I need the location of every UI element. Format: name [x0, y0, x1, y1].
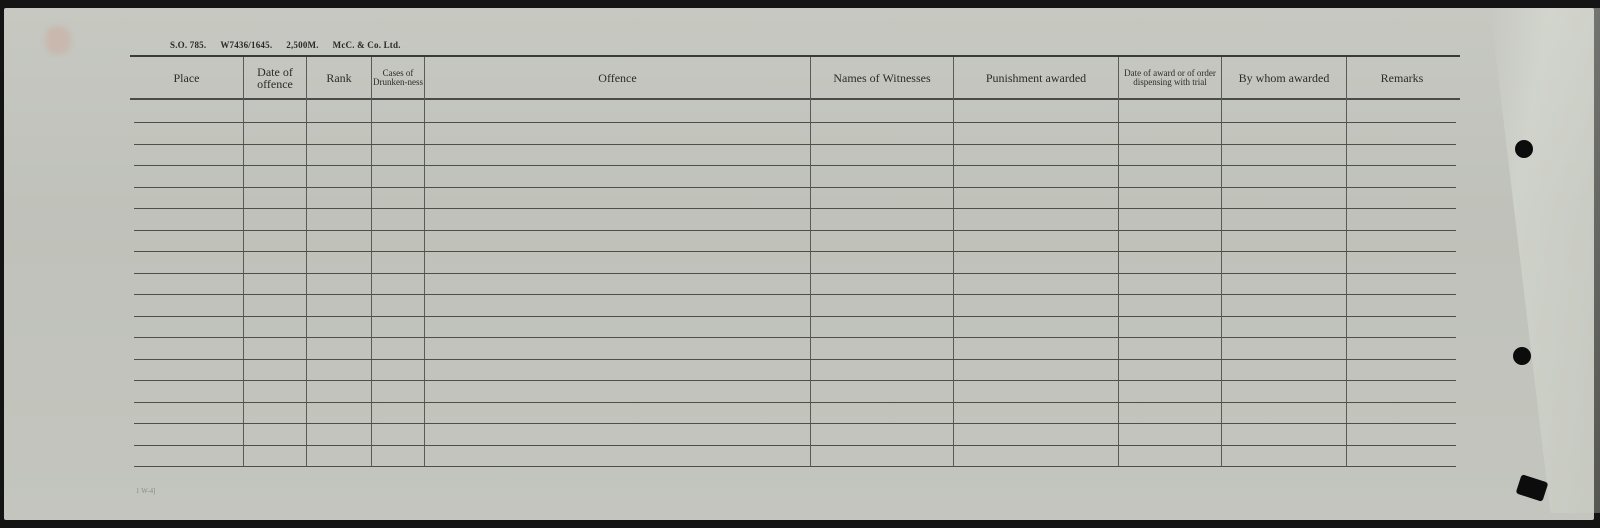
punch-hole	[1515, 140, 1533, 158]
print-code: W7436/1645.	[220, 40, 272, 50]
table-row-line	[134, 208, 1456, 209]
printer-name: McC. & Co. Ltd.	[333, 40, 401, 50]
bottom-margin-note: 1 W-4]	[136, 487, 156, 495]
header-remarks: Remarks	[1347, 60, 1457, 96]
header-rank: Rank	[307, 60, 371, 96]
paper-stain	[46, 26, 70, 54]
punch-hole	[1513, 347, 1531, 365]
header-date-of-award: Date of award or of order dispensing wit…	[1119, 60, 1221, 96]
table-row-line	[134, 423, 1456, 424]
header-place: Place	[130, 60, 243, 96]
column-divider	[1346, 57, 1347, 467]
table-row-line	[134, 359, 1456, 360]
column-divider	[810, 57, 811, 467]
header-bottom-rule	[130, 98, 1460, 100]
header-punishment-awarded: Punishment awarded	[954, 60, 1118, 96]
printer-imprint: S.O. 785. W7436/1645. 2,500M. McC. & Co.…	[170, 40, 401, 50]
header-by-whom-awarded: By whom awarded	[1222, 60, 1346, 96]
table-row-line	[134, 294, 1456, 295]
table-row-line	[134, 316, 1456, 317]
table-row-line	[134, 445, 1456, 446]
header-names-of-witnesses: Names of Witnesses	[811, 60, 953, 96]
header-cases-of-drunkenness: Cases of Drunken-ness	[372, 60, 424, 96]
header-offence: Offence	[425, 60, 810, 96]
table-row-line	[134, 187, 1456, 188]
table-row-line	[134, 273, 1456, 274]
table-row-line	[134, 380, 1456, 381]
table-row-line	[134, 337, 1456, 338]
column-divider	[1118, 57, 1119, 467]
form-number: S.O. 785.	[170, 40, 206, 50]
column-divider	[243, 57, 244, 467]
print-quantity: 2,500M.	[286, 40, 318, 50]
column-divider	[371, 57, 372, 467]
table-row-line	[134, 402, 1456, 403]
column-divider	[424, 57, 425, 467]
table-row-line	[134, 230, 1456, 231]
table-row-line	[134, 251, 1456, 252]
column-divider	[953, 57, 954, 467]
table-row-line	[134, 144, 1456, 145]
table-top-rule	[130, 55, 1460, 57]
column-divider	[1221, 57, 1222, 467]
table-row-line	[134, 122, 1456, 123]
header-date-of-offence: Date of offence	[244, 60, 306, 96]
table-row-line	[134, 466, 1456, 467]
table-row-line	[134, 165, 1456, 166]
column-divider	[306, 57, 307, 467]
